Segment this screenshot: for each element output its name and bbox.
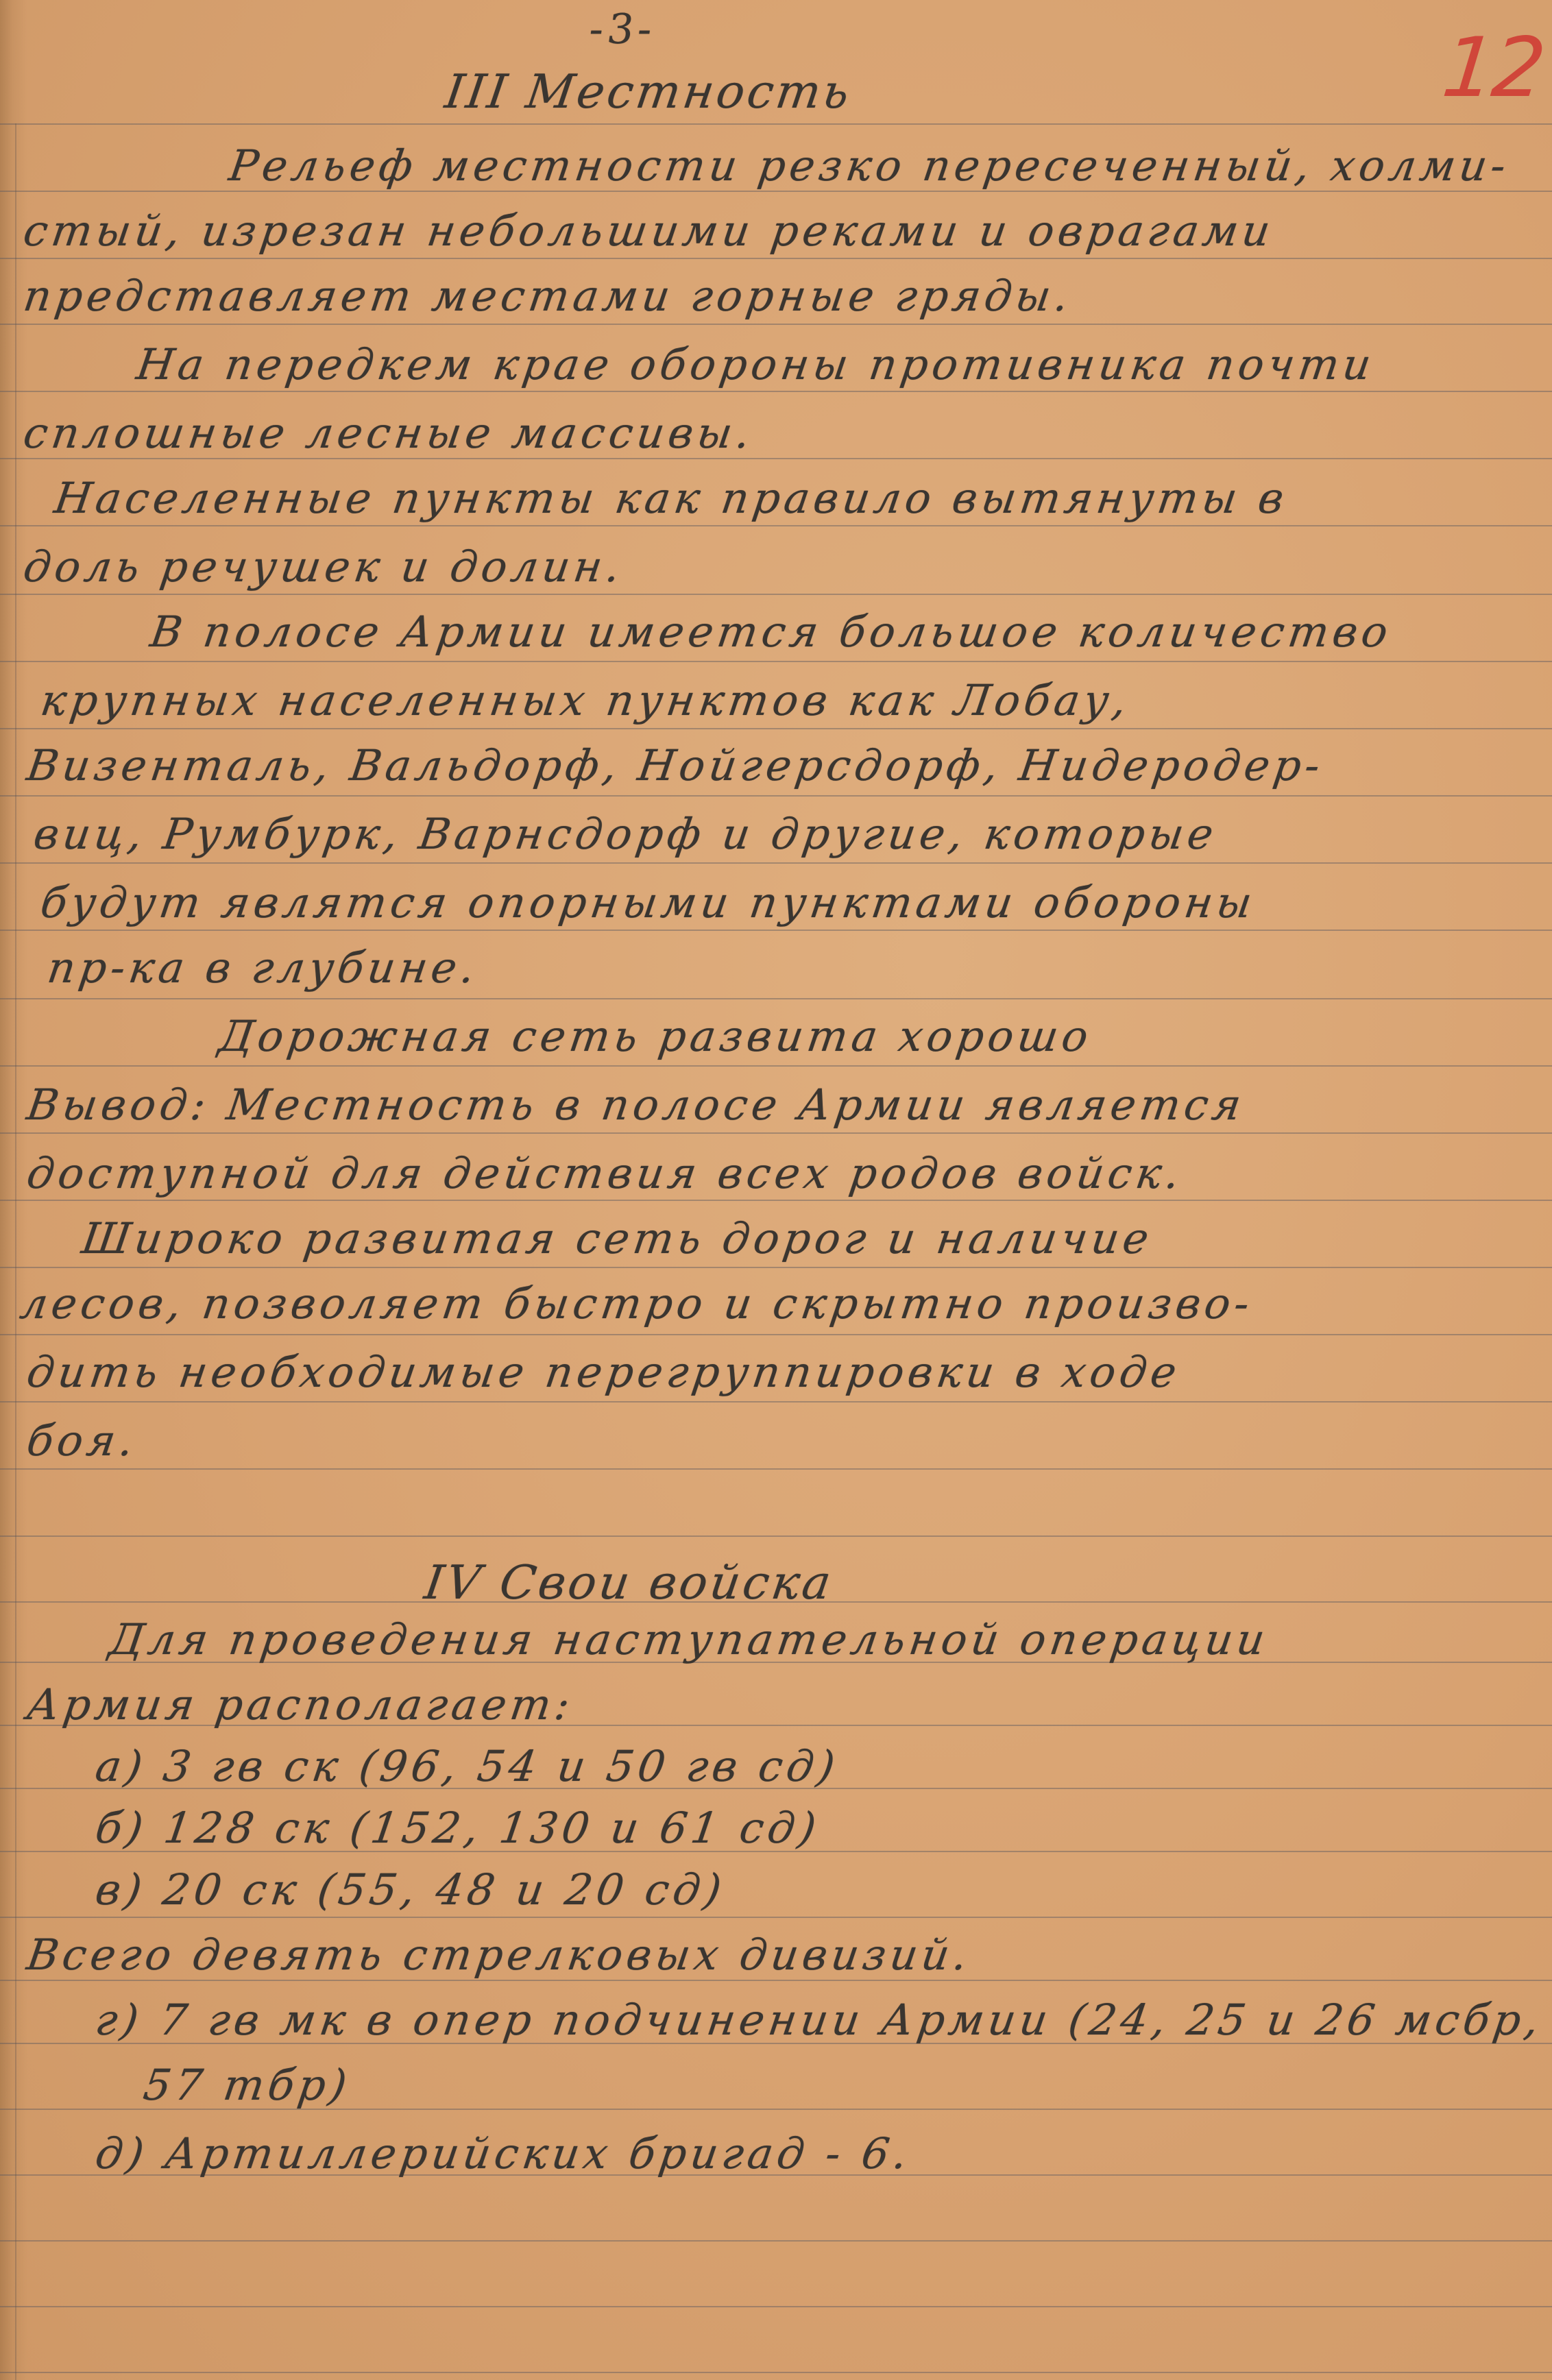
section-3-heading: III Местность [441, 65, 855, 119]
ruled-line [0, 525, 1552, 526]
list-item-continuation: 57 тбр) [141, 2060, 354, 2110]
ruled-line [0, 458, 1552, 459]
ruled-line [0, 191, 1552, 192]
ruled-line [0, 862, 1552, 864]
ruled-line [0, 2306, 1552, 2307]
ruled-line [0, 1468, 1552, 1470]
ruled-line [0, 2240, 1552, 2242]
text-line: Армия располагает: [24, 1679, 577, 1729]
ruled-line [0, 1200, 1552, 1201]
text-line: Вывод: Местность в полосе Армии является [24, 1080, 1248, 1130]
ruled-line [0, 2372, 1552, 2373]
ruled-line [0, 1535, 1552, 1537]
text-line: дить необходимые перегруппировки в ходе [24, 1347, 1184, 1397]
text-line: виц, Румбурк, Варнсдорф и другие, которы… [31, 809, 1221, 859]
ruled-line [0, 661, 1552, 662]
ruled-line [0, 728, 1552, 729]
text-line: Населенные пункты как правило вытянуты в [51, 473, 1291, 523]
text-line: сплошные лесные массивы. [21, 408, 757, 458]
text-line: пр-ка в глубине. [45, 943, 482, 993]
text-line: представляет местами горные гряды. [21, 271, 1076, 321]
ruled-line [0, 391, 1552, 392]
text-line: Дорожная сеть развита хорошо [216, 1011, 1095, 1061]
text-line: боя. [24, 1416, 141, 1466]
ruled-line [0, 123, 1552, 125]
ruled-line [0, 795, 1552, 797]
text-line: доль речушек и долин. [21, 542, 627, 592]
list-item: в) 20 ск (55, 48 и 20 сд) [93, 1865, 729, 1915]
text-line: доступной для действия всех родов войск. [24, 1148, 1187, 1198]
text-line: крупных населенных пунктов как Лобау, [38, 675, 1134, 725]
ruled-line [0, 1065, 1552, 1067]
text-line: будут являтся опорными пунктами обороны [38, 877, 1259, 927]
ruled-line [0, 1980, 1552, 1981]
margin-line [15, 123, 16, 2380]
text-line: Для проведения наступательной операции [106, 1614, 1272, 1664]
ruled-line [0, 594, 1552, 595]
ruled-line [0, 998, 1552, 999]
ruled-line [0, 1917, 1552, 1918]
list-item: д) Артиллерийских бригад - 6. [93, 2128, 914, 2178]
text-line: Визенталь, Вальдорф, Нойгерсдорф, Нидеро… [24, 740, 1327, 790]
list-item: г) 7 гв мк в опер подчинении Армии (24, … [93, 1995, 1546, 2045]
ruled-line [0, 1334, 1552, 1335]
text-line: стый, изрезан небольшими реками и оврага… [21, 206, 1277, 256]
section-4-heading: IV Свои войска [421, 1556, 836, 1610]
list-item: а) 3 гв ск (96, 54 и 50 гв сд) [93, 1741, 842, 1791]
text-line: Всего девять стрелковых дивизий. [24, 1930, 975, 1980]
ruled-line [0, 1401, 1552, 1402]
archive-folio-number: 12 [1438, 21, 1547, 116]
ruled-line [0, 1267, 1552, 1268]
ruled-line [0, 258, 1552, 259]
ruled-line [0, 1132, 1552, 1134]
ruled-line [0, 324, 1552, 325]
list-item: б) 128 ск (152, 130 и 61 сд) [93, 1803, 823, 1853]
text-line: лесов, позволяет быстро и скрытно произв… [17, 1278, 1257, 1328]
text-line: Широко развитая сеть дорог и наличие [79, 1213, 1156, 1263]
text-line: На передкем крае обороны противника почт… [134, 339, 1379, 389]
page-number: -3- [586, 5, 659, 53]
text-line: Рельеф местности резко пересеченный, хол… [226, 141, 1513, 191]
text-line: В полосе Армии имеется большое количеств… [147, 607, 1395, 657]
ruled-line [0, 930, 1552, 931]
